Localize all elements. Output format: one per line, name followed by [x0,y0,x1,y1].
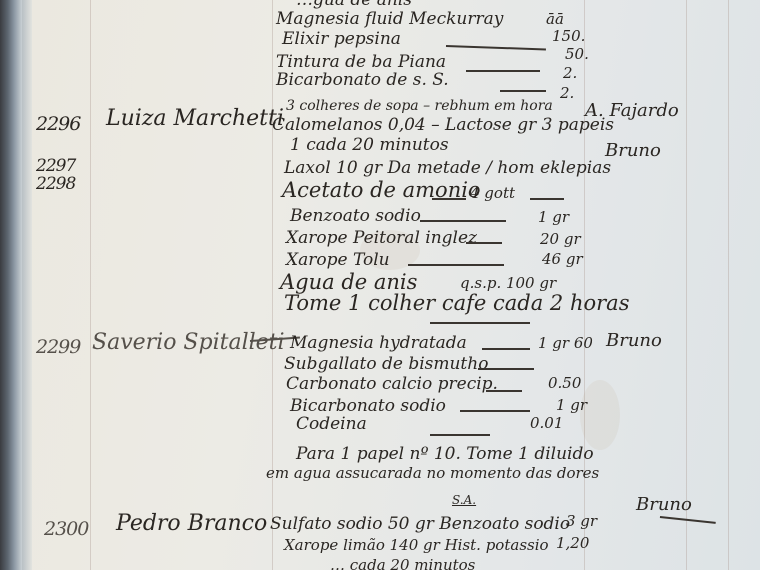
column-rule-signature [686,0,687,570]
fill-line [466,242,502,244]
rx-quantity: q.s.p. 100 gr [460,276,556,291]
column-rule-name [272,0,273,570]
book-binding [0,0,22,570]
rx-quantity: āā [546,12,564,27]
patient-name: Saverio Spitalleti [92,332,285,354]
rx-line: Bicarbonato de s. S. [276,72,449,89]
rx-quantity: 50. [565,47,589,62]
fill-line [486,390,522,392]
rx-line: em agua assucarada no momento das dores [266,466,599,481]
ledger-page: …gua de anis Magnesia fluid Meckurray āā… [0,0,760,570]
rx-quantity: 1 gr 60 [538,336,593,351]
rx-line: Tome 1 colher cafe cada 2 horas [284,293,629,314]
fill-line [420,220,506,222]
column-rule-number [90,0,91,570]
rx-line: Elixir pepsina [282,31,401,48]
rx-line: Subgallato de bismutho [284,356,488,373]
prescription-number: 2298 [36,176,75,193]
rx-quantity: 2. [563,66,577,81]
prescription-number: 2296 [36,115,80,134]
rx-line: Bicarbonato sodio [290,398,446,415]
rx-line: Benzoato sodio [290,208,421,225]
rx-line: Codeina [296,416,367,433]
column-rule-quantity [584,0,585,570]
pharmacist-signature: Bruno [636,496,692,514]
rx-line: Xarope Peitoral inglez [286,230,477,247]
patient-name: Luiza Marchetti [106,108,284,130]
rx-line: Sulfato sodio 50 gr Benzoato sodio [270,516,570,533]
rx-line: Laxol 10 gr Da metade / hom eklepias [284,160,611,177]
rx-line: Xarope Tolu [286,252,390,269]
paper-stain [580,380,620,450]
rx-quantity: 1,20 [556,536,589,551]
rx-line: Magnesia fluid Meckurray [276,11,503,28]
rx-quantity: 150. [552,29,585,44]
prescription-number: 2297 [36,158,75,175]
rx-line: Calomelanos 0,04 – Lactose gr 3 papeis [272,117,614,134]
fill-line [460,410,530,412]
rx-line: …gua de anis [296,0,412,9]
fill-line [446,45,546,50]
fill-line [430,434,490,436]
rx-quantity: 4 gott [470,186,515,201]
rx-quantity: 2. [560,86,574,101]
pharmacist-signature: Bruno [605,142,661,160]
rx-quantity: 0.50 [548,376,581,391]
fill-line [432,198,466,200]
rx-line: 1 cada 20 minutos [290,137,449,154]
patient-name: Pedro Branco [116,513,267,535]
fill-line [478,368,534,370]
fill-line [500,90,546,92]
rx-line: 3 colheres de sopa – rebhum em hora [286,99,553,113]
doctor-signature: A. Fajardo [585,102,679,120]
rx-line: Agua de anis [280,272,417,293]
prescription-number: 2299 [36,338,80,357]
rx-quantity: 20 gr [540,232,581,247]
fill-line [530,198,564,200]
rx-line: Para 1 papel nº 10. Tome 1 diluido [296,446,594,463]
prescription-number: 2300 [44,520,88,539]
rx-quantity: 46 gr [542,252,583,267]
pharmacist-signature: Bruno [606,332,662,350]
fill-line [408,264,504,266]
rx-quantity: 1 gr [538,210,569,225]
binding-edge [22,0,32,570]
rx-line: Tintura de ba Piana [276,54,446,71]
signature-flourish [660,516,716,523]
marginal-note: S.A. [452,494,476,506]
rx-line: Carbonato calcio precip. [286,376,498,393]
rx-quantity: 1 gr [556,398,587,413]
rx-quantity: 3 gr [566,514,597,529]
rx-line: … cada 20 minutos [330,558,475,570]
fill-line [430,322,530,324]
fill-line [466,70,540,72]
column-rule-edge [728,0,729,570]
fill-line [482,348,530,350]
rx-quantity: 0.01 [530,416,563,431]
rx-line: Magnesia hydratada [290,335,467,352]
rx-line: Xarope limão 140 gr Hist. potassio [284,538,549,553]
